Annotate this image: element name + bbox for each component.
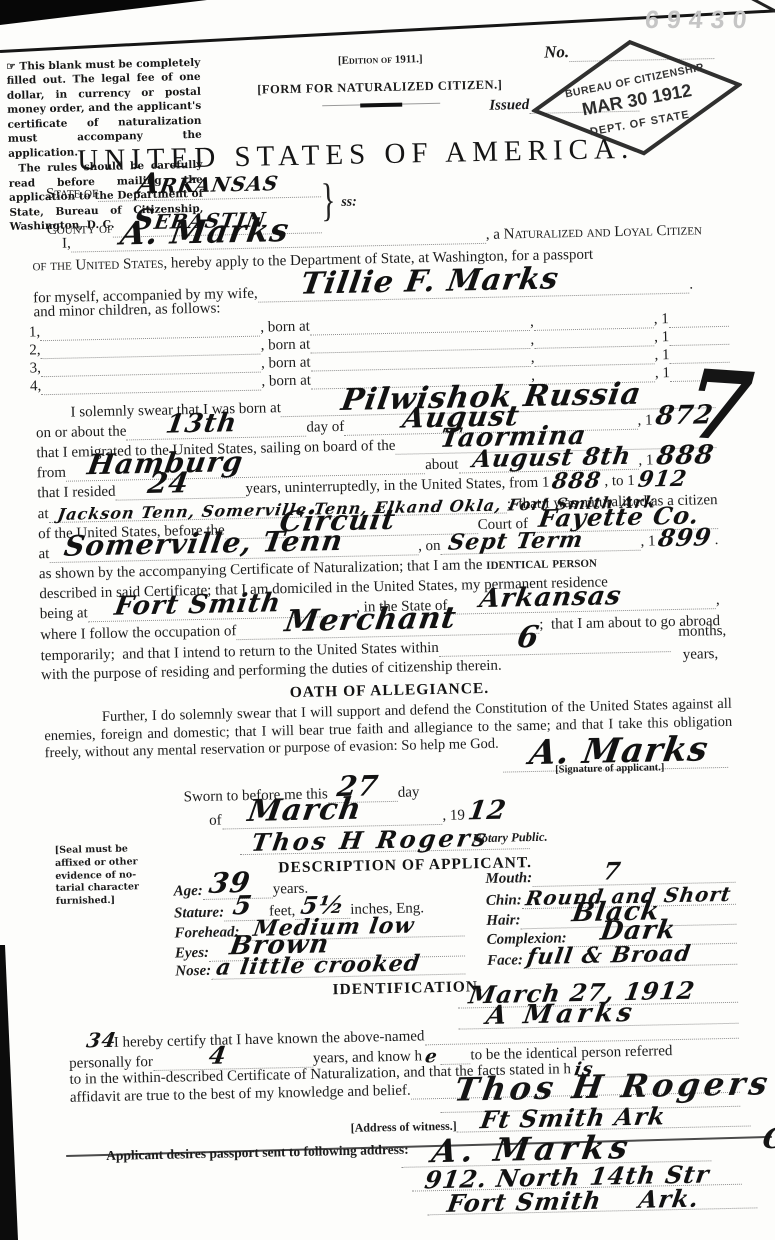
face-field: Face: full & Broad	[487, 941, 737, 970]
comma-a-text: , a	[486, 225, 504, 243]
header-rule	[322, 103, 440, 106]
state-handwriting: Arkansas	[135, 165, 281, 202]
child-number: 4,	[30, 377, 42, 395]
margin-stray-mark: C	[760, 1122, 775, 1156]
form-content: ☞ This blank must be completely filled o…	[0, 0, 775, 1240]
notary-public-label: Notary Public.	[472, 830, 547, 847]
to-prefix-text: , to 1	[604, 472, 635, 491]
nose-field: Nose: a little crooked	[175, 950, 465, 980]
months-option: months,	[678, 619, 748, 640]
state-line: State of Arkansas	[45, 163, 321, 203]
mail-city-handwriting: Fort Smith Ark.	[445, 1185, 701, 1219]
margin-seven-mark: 7	[684, 349, 758, 464]
mail-address-line-3: Fort Smith Ark.	[427, 1178, 758, 1215]
face-blank: full & Broad	[523, 963, 737, 969]
year-prefix-text: , 1	[655, 364, 670, 382]
wife-period: .	[689, 276, 693, 294]
form-type-label: [FORM FOR NATURALIZED CITIZEN.]	[245, 77, 515, 98]
i-label: I,	[62, 235, 71, 253]
born-at-label: , born at	[261, 372, 311, 391]
months-text: months,	[678, 622, 726, 641]
notary-signature-blank: Thos H Rogers	[240, 847, 530, 855]
ss-label: ss:	[341, 195, 357, 211]
signature-caption: [Signature of applicant.]	[555, 762, 664, 775]
resided-years-handwriting: 24	[145, 466, 191, 501]
mail-city-blank: Fort Smith Ark.	[427, 1206, 757, 1215]
nose-label: Nose:	[175, 962, 211, 981]
issued-label: Issued	[489, 97, 529, 115]
face-handwriting: full & Broad	[525, 940, 693, 970]
sworn-of-label: of	[209, 812, 222, 830]
affidavit-text: affidavit are true to the best of my kno…	[70, 1082, 411, 1107]
child-name-blank	[41, 389, 261, 396]
oath-of-allegiance-heading: OATH OF ALLEGIANCE.	[239, 679, 539, 703]
applicant-name-handwriting: A. Marks	[117, 211, 291, 253]
send-address-label-line: Applicant desires passport sent to follo…	[106, 1137, 436, 1164]
nose-handwriting: a little crooked	[214, 950, 422, 981]
edition-label: [Edition of 1911.]	[286, 52, 474, 68]
seal-note: [Seal must be affixed or other evidence …	[55, 843, 154, 909]
notary-signature-handwriting: Thos H Rogers	[249, 824, 491, 858]
scanned-passport-application-page: 69430 ☞ This blank must be completely fi…	[0, 0, 775, 1240]
state-label: State of	[46, 184, 99, 203]
face-label: Face:	[487, 951, 523, 970]
send-address-label: Applicant desires passport sent to follo…	[106, 1141, 409, 1164]
